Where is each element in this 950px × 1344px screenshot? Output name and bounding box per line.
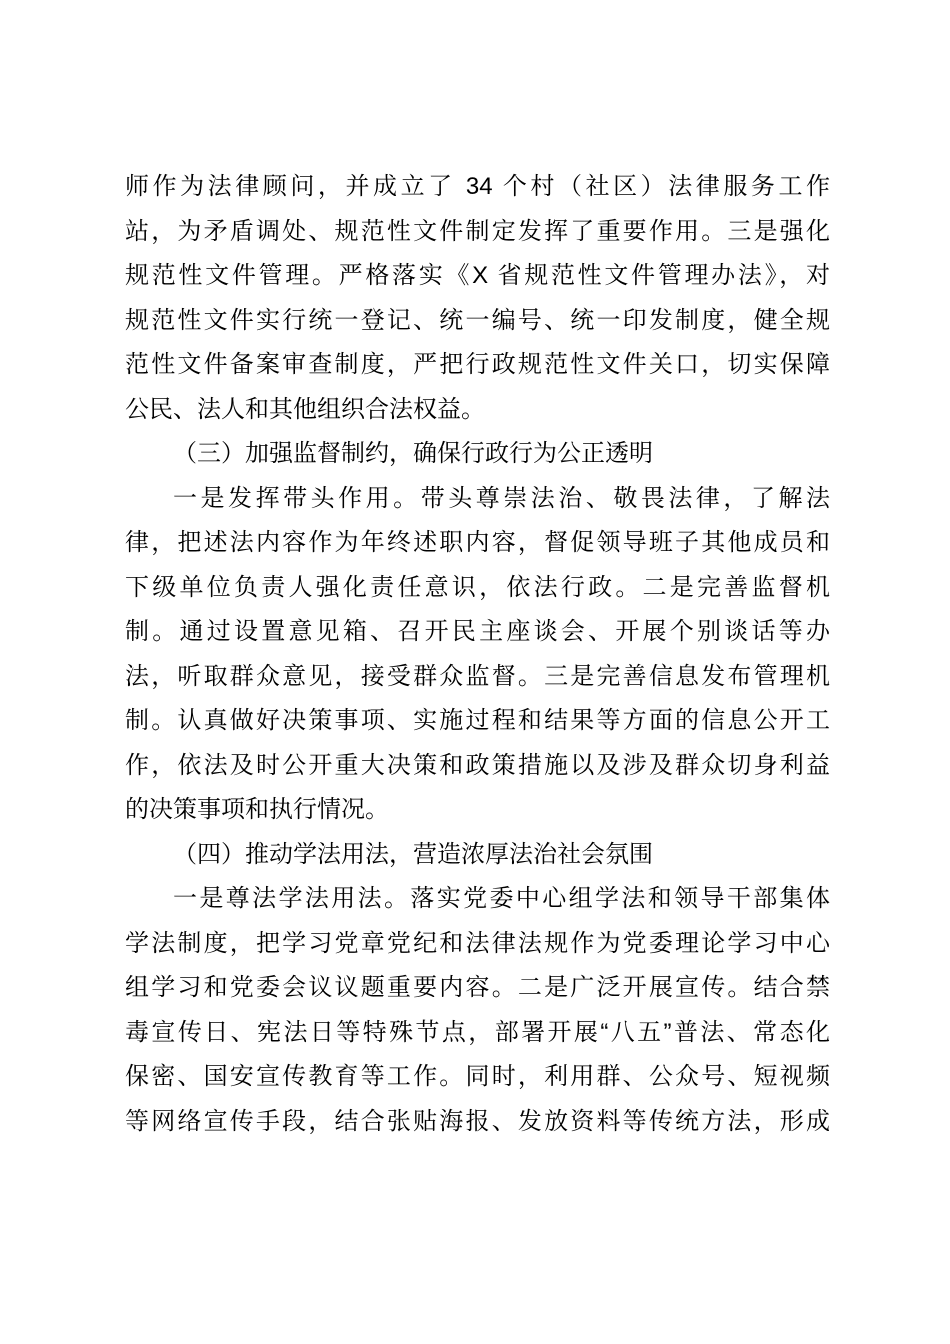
text-line: 学法制度，把学习党章党纪和法律法规作为党委理论学习中心: [125, 922, 830, 967]
text-line: 的决策事项和执行情况。: [125, 788, 830, 833]
text-line: 规范性文件实行统一登记、统一编号、统一印发制度，健全规: [125, 299, 830, 344]
text-line: 制。通过设置意见箱、召开民主座谈会、开展个别谈话等办: [125, 610, 830, 655]
text-line: 一是发挥带头作用。带头尊崇法治、敬畏法律，了解法: [125, 477, 830, 522]
text-line: 一是尊法学法用法。落实党委中心组学法和领导干部集体: [125, 877, 830, 922]
text-line: （三）加强监督制约，确保行政行为公正透明: [125, 432, 830, 477]
text-line: 法，听取群众意见，接受群众监督。三是完善信息发布管理机: [125, 655, 830, 700]
text-line: 站，为矛盾调处、规范性文件制定发挥了重要作用。三是强化: [125, 210, 830, 255]
text-line: （四）推动学法用法，营造浓厚法治社会氛围: [125, 833, 830, 878]
text-line: 规范性文件管理。严格落实《X 省规范性文件管理办法》，对: [125, 254, 830, 299]
text-line: 师作为法律顾问，并成立了 34 个村（社区）法律服务工作: [125, 165, 830, 210]
text-line: 作，依法及时公开重大决策和政策措施以及涉及群众切身利益: [125, 744, 830, 789]
text-line: 下级单位负责人强化责任意识，依法行政。二是完善监督机: [125, 566, 830, 611]
text-line: 范性文件备案审查制度，严把行政规范性文件关口，切实保障: [125, 343, 830, 388]
document-text-block: 师作为法律顾问，并成立了 34 个村（社区）法律服务工作站，为矛盾调处、规范性文…: [125, 165, 830, 1144]
text-line: 等网络宣传手段，结合张贴海报、发放资料等传统方法，形成: [125, 1100, 830, 1145]
text-line: 制。认真做好决策事项、实施过程和结果等方面的信息公开工: [125, 699, 830, 744]
text-line: 律，把述法内容作为年终述职内容，督促领导班子其他成员和: [125, 521, 830, 566]
text-line: 组学习和党委会议议题重要内容。二是广泛开展宣传。结合禁: [125, 966, 830, 1011]
text-line: 毒宣传日、宪法日等特殊节点，部署开展“八五”普法、常态化: [125, 1011, 830, 1056]
text-line: 公民、法人和其他组织合法权益。: [125, 388, 830, 433]
document-page: 师作为法律顾问，并成立了 34 个村（社区）法律服务工作站，为矛盾调处、规范性文…: [0, 0, 950, 1344]
text-line: 保密、国安宣传教育等工作。同时，利用群、公众号、短视频: [125, 1055, 830, 1100]
